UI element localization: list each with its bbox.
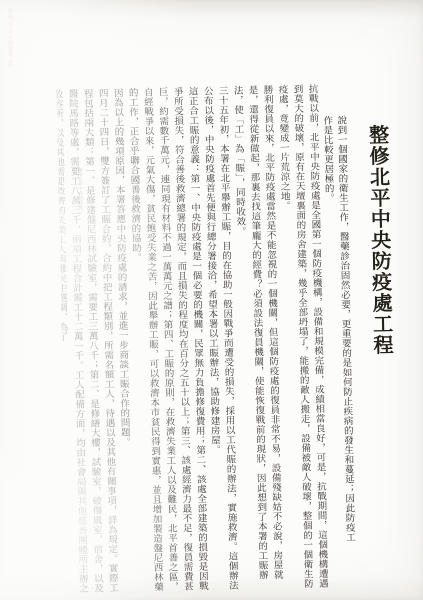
running-title-label: 整修北平中央防疫處工程 [71,168,84,214]
title-and-intro-block: 整修北平中央防疫處工程 說到一個國家的衛生工作，醫藥診治固然必要，更重要的是如何… [319,100,414,550]
article-title: 整修北平中央防疫處工程 [347,100,414,549]
page-content: 整修北平中央防疫處工程 說到一個國家的衛生工作，醫藥診治固然必要，更重要的是如何… [0,0,423,600]
body-paragraph: 這正合工賑的意義：第一、中央防疫處是一個必要的機關，民眾無力負擔修復費用；第二、… [124,86,210,599]
article-body: 抗戰以前，北平中央防疫處是全國第一個防疫機構，設備和規模完備，成績相當良好，可是… [57,84,330,600]
scanned-magazine-page: 整修北平中央防疫處工程 整修北平中央防疫處工程 說到一個國家的衛生工作，醫藥診治… [0,0,423,600]
body-paragraph: 四月二十四日，雙方簽訂了工賑合約，合約中把工程類別，所需名額工人，待遇以及其他有… [57,88,120,600]
